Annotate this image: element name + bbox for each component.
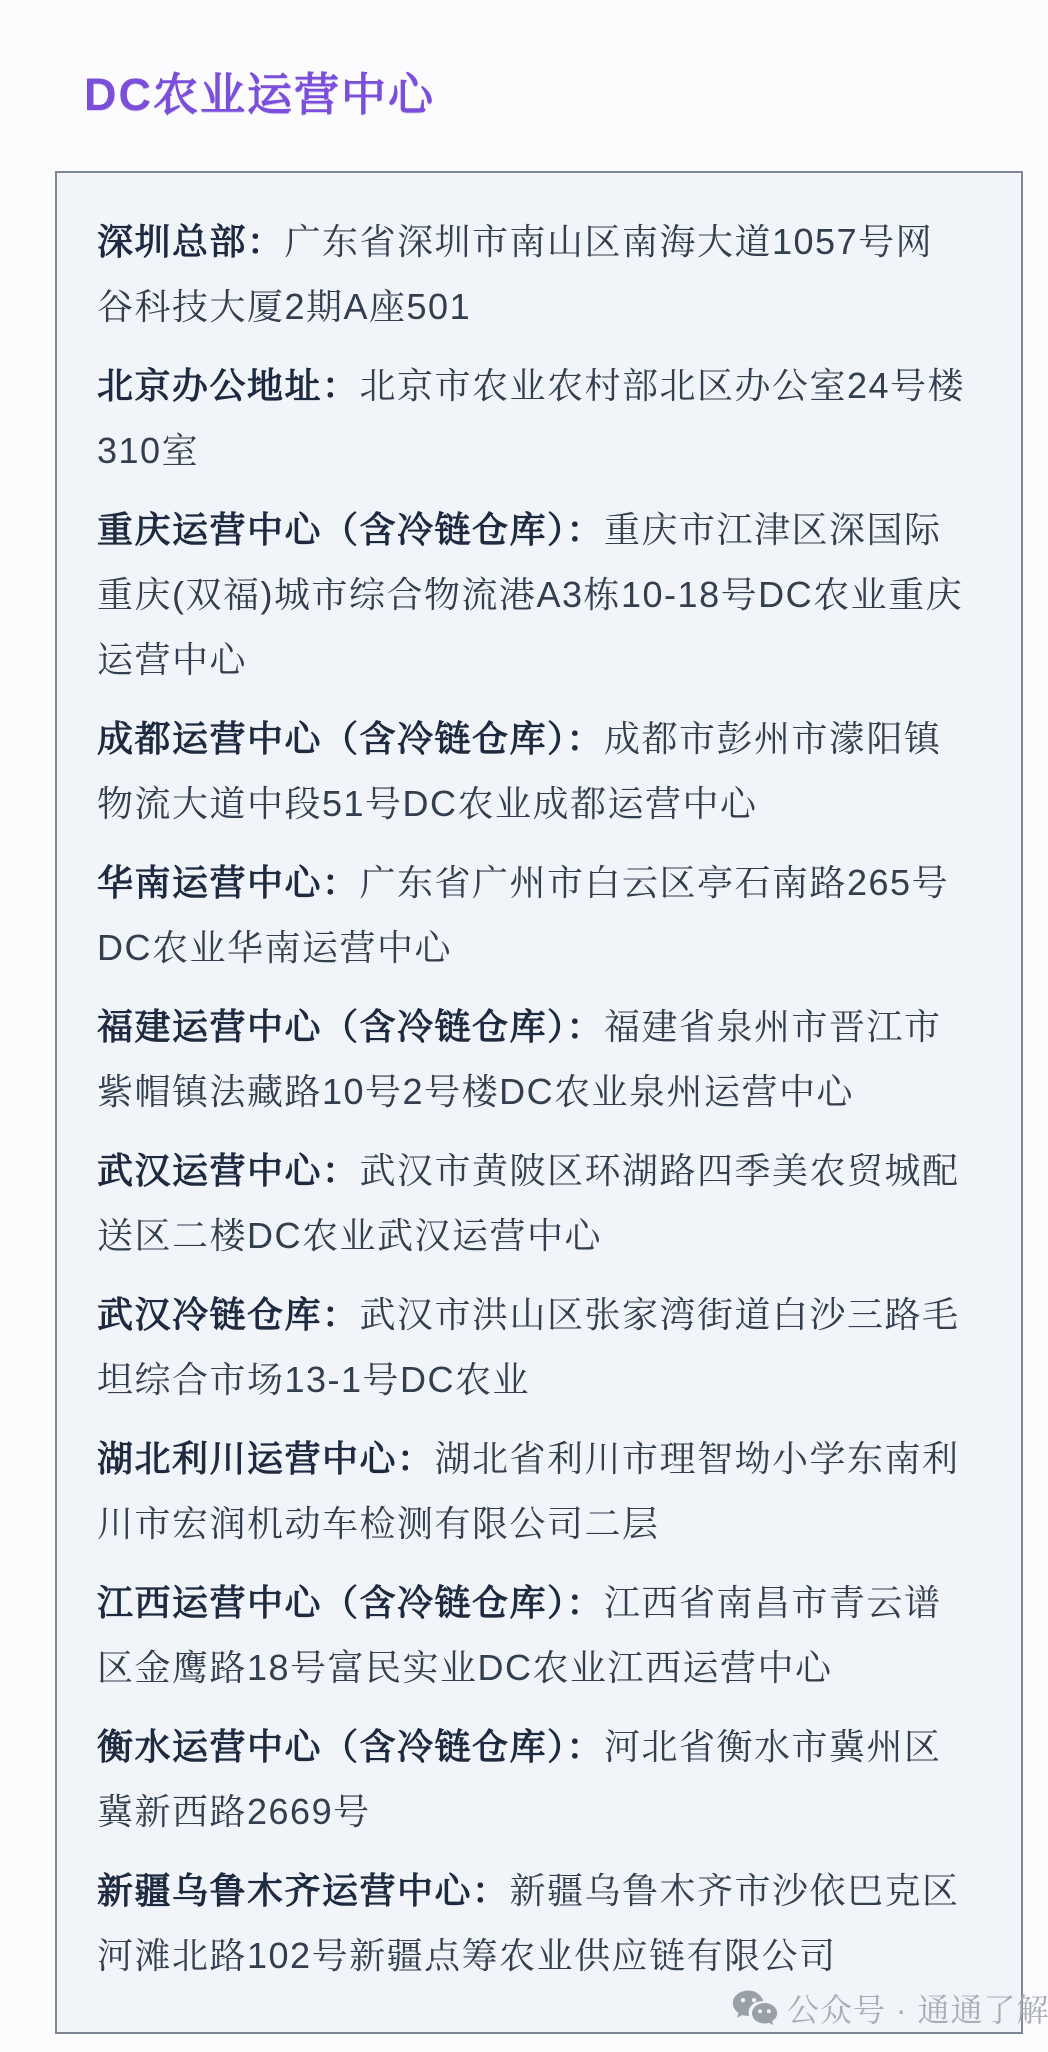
page: { "page": { "title": "DC农业运营中心" }, "colo…	[0, 0, 1048, 2052]
address-entry: 深圳总部：广东省深圳市南山区南海大道1057号网谷科技大厦2期A座501	[97, 209, 966, 339]
entry-label: 武汉冷链仓库：	[97, 1294, 360, 1335]
watermark-text: 公众号 · 通通了解	[787, 1985, 1048, 2031]
entry-label: 湖北利川运营中心：	[97, 1438, 435, 1479]
address-entry: 福建运营中心（含冷链仓库）：福建省泉州市晋江市紫帽镇法藏路10号2号楼DC农业泉…	[97, 994, 966, 1124]
wechat-icon	[731, 1988, 779, 2028]
address-list: 深圳总部：广东省深圳市南山区南海大道1057号网谷科技大厦2期A座501 北京办…	[97, 209, 966, 1988]
address-card: 深圳总部：广东省深圳市南山区南海大道1057号网谷科技大厦2期A座501 北京办…	[55, 171, 1023, 2034]
address-entry: 重庆运营中心（含冷链仓库）：重庆市江津区深国际重庆(双福)城市综合物流港A3栋1…	[97, 497, 966, 692]
address-entry: 新疆乌鲁木齐运营中心：新疆乌鲁木齐市沙依巴克区河滩北路102号新疆点筹农业供应链…	[97, 1858, 966, 1988]
address-entry: 武汉运营中心：武汉市黄陂区环湖路四季美农贸城配送区二楼DC农业武汉运营中心	[97, 1138, 966, 1268]
entry-label: 华南运营中心：	[97, 862, 360, 903]
entry-label: 成都运营中心（含冷链仓库）：	[97, 718, 604, 759]
entry-label: 北京办公地址：	[97, 365, 360, 406]
entry-label: 福建运营中心（含冷链仓库）：	[97, 1006, 604, 1047]
address-entry: 江西运营中心（含冷链仓库）：江西省南昌市青云谱区金鹰路18号富民实业DC农业江西…	[97, 1570, 966, 1700]
address-entry: 成都运营中心（含冷链仓库）：成都市彭州市濛阳镇物流大道中段51号DC农业成都运营…	[97, 706, 966, 836]
entry-label: 江西运营中心（含冷链仓库）：	[97, 1582, 604, 1623]
address-entry: 武汉冷链仓库：武汉市洪山区张家湾街道白沙三路毛坦综合市场13-1号DC农业	[97, 1282, 966, 1412]
entry-label: 衡水运营中心（含冷链仓库）：	[97, 1726, 604, 1767]
page-title: DC农业运营中心	[84, 58, 435, 123]
entry-label: 新疆乌鲁木齐运营中心：	[97, 1870, 510, 1911]
address-entry: 华南运营中心：广东省广州市白云区亭石南路265号DC农业华南运营中心	[97, 850, 966, 980]
watermark: 公众号 · 通通了解	[731, 1985, 1048, 2031]
address-entry: 衡水运营中心（含冷链仓库）：河北省衡水市冀州区冀新西路2669号	[97, 1714, 966, 1844]
entry-label: 重庆运营中心（含冷链仓库）：	[97, 509, 604, 550]
address-entry: 湖北利川运营中心：湖北省利川市理智坳小学东南利川市宏润机动车检测有限公司二层	[97, 1426, 966, 1556]
address-entry: 北京办公地址：北京市农业农村部北区办公室24号楼310室	[97, 353, 966, 483]
entry-label: 深圳总部：	[97, 221, 285, 262]
entry-label: 武汉运营中心：	[97, 1150, 360, 1191]
